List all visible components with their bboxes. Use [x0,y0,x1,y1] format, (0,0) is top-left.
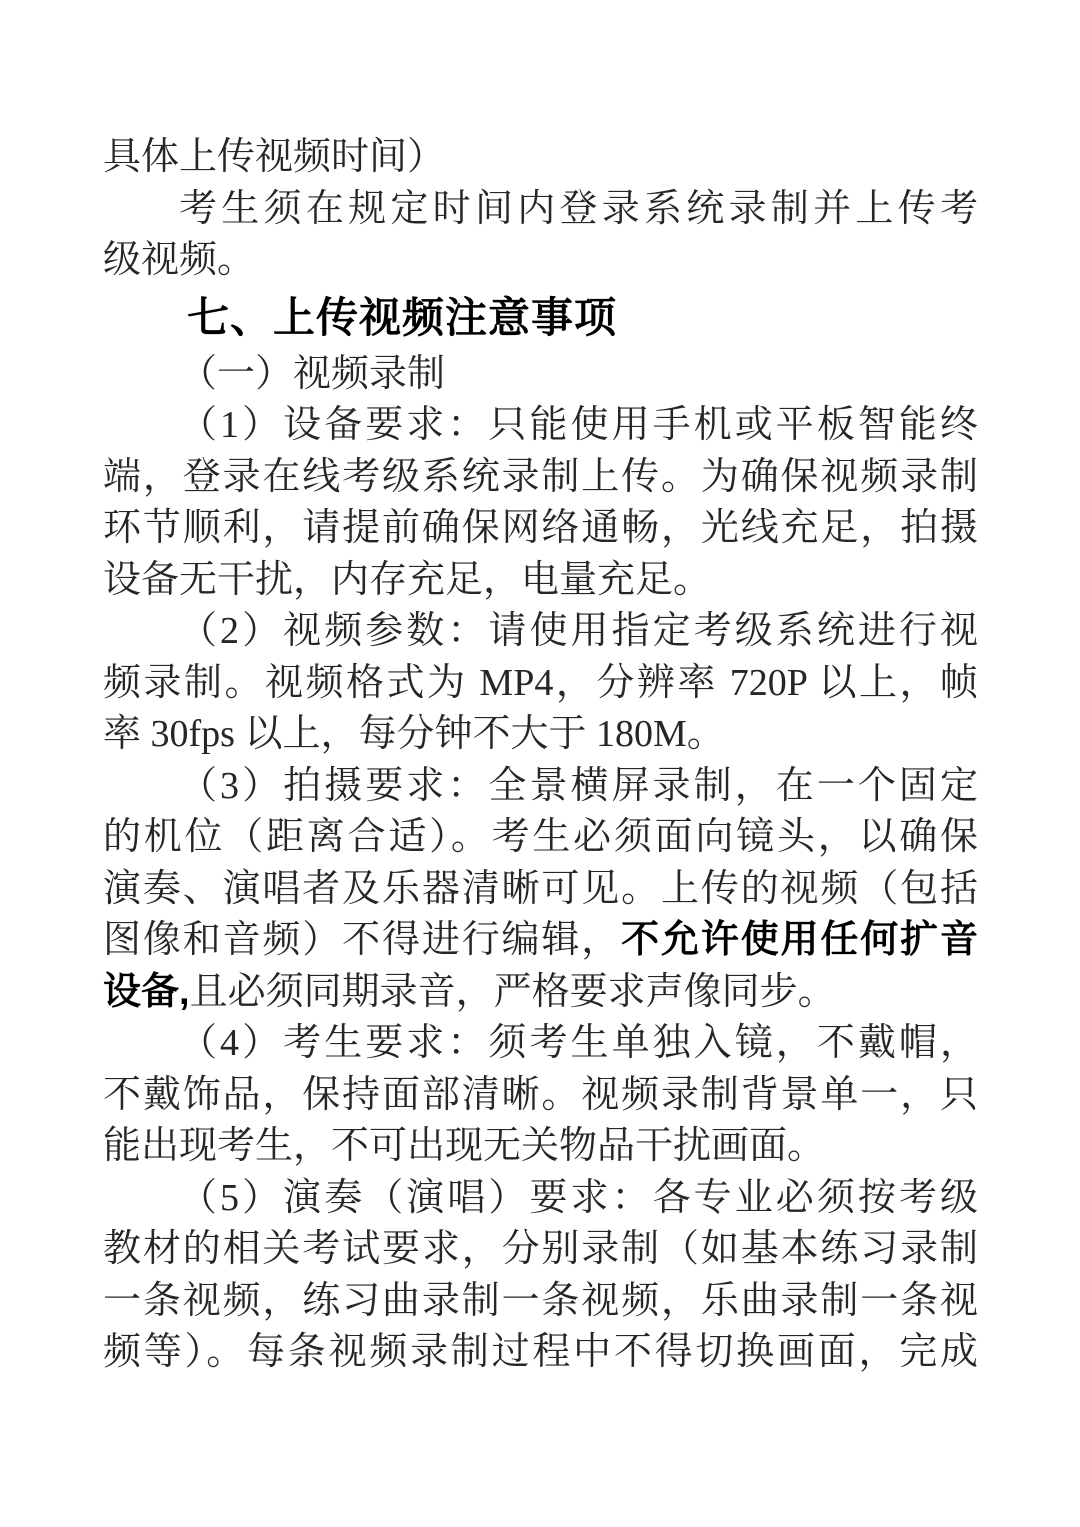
line-item1-b: 端，登录在线考级系统录制上传。为确保视频录制 [103,452,978,504]
line-item3-e: 设备,且必须同期录音，严格要求声像同步。 [103,967,978,1019]
line-item2-b: 频录制。视频格式为 MP4，分辨率 720P 以上，帧 [103,658,978,710]
line-item1-d: 设备无干扰，内存充足，电量充足。 [103,555,978,607]
text-segment: 的机位（距离合适）。考生必须面向镜头，以确保 [103,816,978,858]
text-segment: 率 30fps 以上，每分钟不大于 180M。 [103,713,725,755]
line-item5-d: 频等）。每条视频录制过程中不得切换画面，完成 [103,1327,978,1379]
line-item2-a: （2）视频参数：请使用指定考级系统进行视 [103,606,978,658]
line-item3-c: 演奏、演唱者及乐器清晰可见。上传的视频（包括 [103,864,978,916]
text-segment: 教材的相关考试要求，分别录制（如基本练习录制 [103,1228,978,1270]
document-content: 具体上传视频时间）考生须在规定时间内登录系统录制并上传考级视频。七、上传视频注意… [103,132,978,1379]
line-login-record-tail: 级视频。 [103,235,978,287]
text-segment: （3）拍摄要求：全景横屏录制，在一个固定 [179,765,978,807]
line-item5-a: （5）演奏（演唱）要求：各专业必须按考级 [103,1173,978,1225]
document-page: 具体上传视频时间）考生须在规定时间内登录系统录制并上传考级视频。七、上传视频注意… [0,0,1080,1527]
bold-text-segment: 七、上传视频注意事项 [187,294,617,341]
bold-text-segment: 不允许使用任何扩音 [621,919,978,961]
text-segment: 频等）。每条视频录制过程中不得切换画面，完成 [103,1331,978,1373]
bold-text-segment: 设备, [103,971,190,1013]
text-segment: （1）设备要求：只能使用手机或平板智能终 [179,404,978,446]
text-segment: 频录制。视频格式为 MP4，分辨率 720P 以上，帧 [103,662,978,704]
line-subheading-recording: （一）视频录制 [103,349,978,401]
heading-upload-notes: 七、上传视频注意事项 [103,287,978,349]
text-segment: 一条视频，练习曲录制一条视频，乐曲录制一条视 [103,1280,978,1322]
line-item5-c: 一条视频，练习曲录制一条视频，乐曲录制一条视 [103,1276,978,1328]
text-segment: 环节顺利，请提前确保网络通畅，光线充足，拍摄 [103,507,978,549]
line-item4-a: （4）考生要求：须考生单独入镜，不戴帽， [103,1018,978,1070]
line-item5-b: 教材的相关考试要求，分别录制（如基本练习录制 [103,1224,978,1276]
line-item3-b: 的机位（距离合适）。考生必须面向镜头，以确保 [103,812,978,864]
line-item2-c: 率 30fps 以上，每分钟不大于 180M。 [103,709,978,761]
text-segment: 且必须同期录音，严格要求声像同步。 [190,971,836,1013]
line-item4-b: 不戴饰品，保持面部清晰。视频录制背景单一，只 [103,1070,978,1122]
line-item4-c: 能出现考生，不可出现无关物品干扰画面。 [103,1121,978,1173]
text-segment: 级视频。 [103,239,255,281]
text-segment: 端，登录在线考级系统录制上传。为确保视频录制 [103,456,978,498]
line-item1-a: （1）设备要求：只能使用手机或平板智能终 [103,400,978,452]
line-item3-d: 图像和音频）不得进行编辑，不允许使用任何扩音 [103,915,978,967]
text-segment: （一）视频录制 [179,353,445,395]
text-segment: 考生须在规定时间内登录系统录制并上传考 [179,188,978,230]
line-login-record: 考生须在规定时间内登录系统录制并上传考 [103,184,978,236]
text-segment: 不戴饰品，保持面部清晰。视频录制背景单一，只 [103,1074,978,1116]
line-item1-c: 环节顺利，请提前确保网络通畅，光线充足，拍摄 [103,503,978,555]
text-segment: 图像和音频）不得进行编辑， [103,919,621,961]
text-segment: 设备无干扰，内存充足，电量充足。 [103,559,711,601]
text-segment: 能出现考生，不可出现无关物品干扰画面。 [103,1125,825,1167]
text-segment: （4）考生要求：须考生单独入镜，不戴帽， [179,1022,978,1064]
line-prev-para-tail: 具体上传视频时间） [103,132,978,184]
text-segment: 具体上传视频时间） [103,136,445,178]
text-segment: （2）视频参数：请使用指定考级系统进行视 [179,610,978,652]
text-segment: （5）演奏（演唱）要求：各专业必须按考级 [179,1177,978,1219]
text-segment: 演奏、演唱者及乐器清晰可见。上传的视频（包括 [103,868,978,910]
line-item3-a: （3）拍摄要求：全景横屏录制，在一个固定 [103,761,978,813]
